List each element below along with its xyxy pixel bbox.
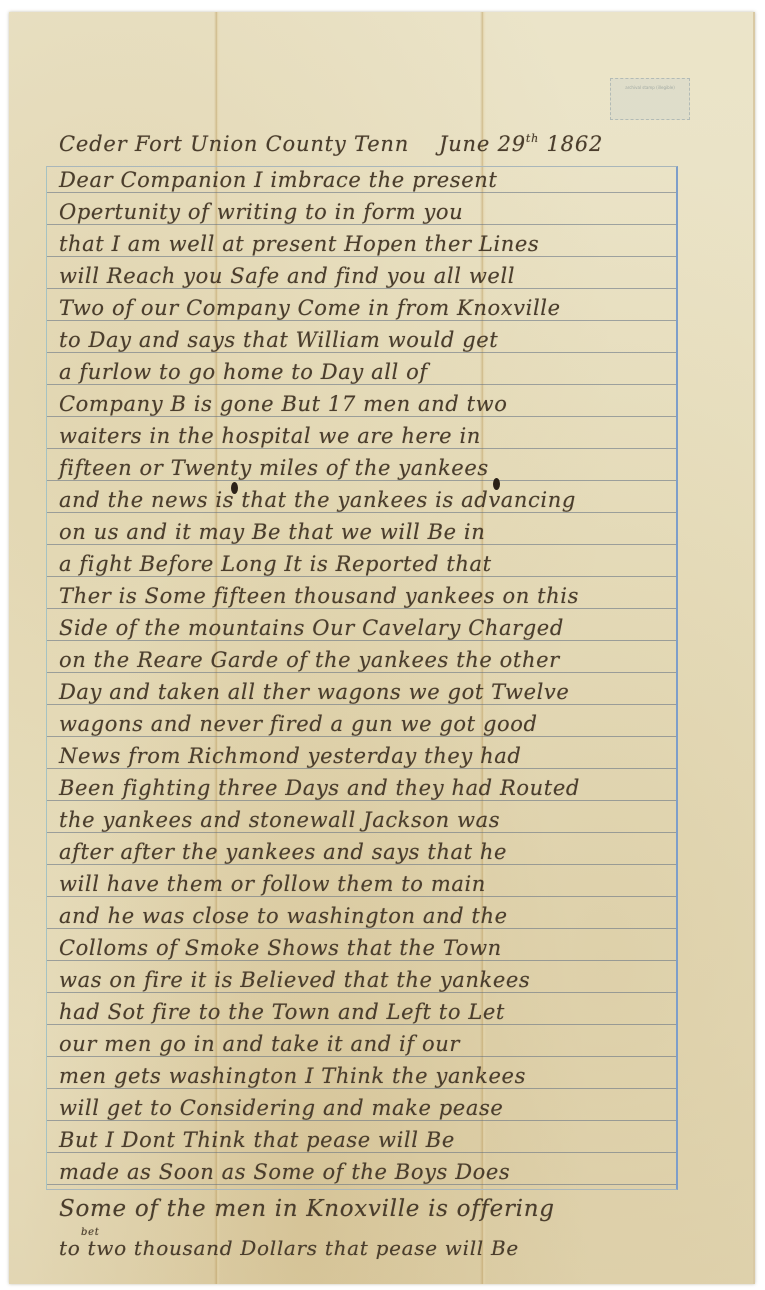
closing-line: Some of the men in Knoxville is offering [59, 1196, 555, 1222]
letter-line: men gets washington I Think the yankees [47, 1064, 526, 1088]
letter-line: Ther is Some fifteen thousand yankees on… [47, 584, 579, 608]
letter-line: and the news is that the yankees is adva… [47, 488, 576, 512]
letter-line: made as Soon as Some of the Boys Does [47, 1160, 510, 1184]
letter-line: that I am well at present Hopen ther Lin… [47, 232, 539, 256]
letter-line: a furlow to go home to Day all of [47, 360, 428, 384]
letter-line: waiters in the hospital we are here in [47, 424, 481, 448]
heading-year: 1862 [547, 132, 604, 156]
letter-line: will get to Considering and make pease [47, 1096, 503, 1120]
letter-line: Colloms of Smoke Shows that the Town [47, 936, 502, 960]
letter-line: will Reach you Safe and find you all wel… [47, 264, 515, 288]
insertion-note: bet [81, 1227, 99, 1238]
letter-line: our men go in and take it and if our [47, 1032, 460, 1056]
letter-line: and he was close to washington and the [47, 904, 508, 928]
letter-line: Dear Companion I imbrace the present [47, 168, 497, 192]
letter-line: will have them or follow them to main [47, 872, 486, 896]
letter-line: Two of our Company Come in from Knoxvill… [47, 296, 561, 320]
letter-line: on us and it may Be that we will Be in [47, 520, 485, 544]
letter-line: on the Reare Garde of the yankees the ot… [47, 648, 560, 672]
letter-line: after after the yankees and says that he [47, 840, 507, 864]
letter-line: a fight Before Long It is Reported that [47, 552, 492, 576]
letter-line: Opertunity of writing to in form you [47, 200, 463, 224]
archival-stamp: archival stamp (illegible) [610, 78, 690, 120]
heading-place: Ceder Fort Union County Tenn [59, 132, 409, 156]
ink-blot [231, 482, 238, 494]
letter-page: archival stamp (illegible) Ceder Fort Un… [9, 12, 755, 1284]
letter-line: had Sot fire to the Town and Left to Let [47, 1000, 505, 1024]
heading-date-suffix: th [526, 132, 539, 145]
letter-line: wagons and never fired a gun we got good [47, 712, 538, 736]
ink-blot [493, 478, 500, 490]
letter-line: News from Richmond yesterday they had [47, 744, 521, 768]
closing-line: bet to two thousand Dollars that pease w… [59, 1236, 519, 1260]
letter-line: was on fire it is Believed that the yank… [47, 968, 530, 992]
letter-line: fifteen or Twenty miles of the yankees [47, 456, 489, 480]
ruled-writing-area: Dear Companion I imbrace the present Ope… [46, 166, 678, 1190]
archival-stamp-text: archival stamp (illegible) [611, 84, 689, 91]
letter-line: the yankees and stonewall Jackson was [47, 808, 500, 832]
letter-line: to Day and says that William would get [47, 328, 498, 352]
heading-date: June 29 [439, 132, 526, 156]
letter-line: Side of the mountains Our Cavelary Charg… [47, 616, 564, 640]
letter-line: But I Dont Think that pease will Be [47, 1128, 455, 1152]
letter-line: Been fighting three Days and they had Ro… [47, 776, 580, 800]
letter-heading: Ceder Fort Union County Tenn June 29th 1… [59, 132, 759, 156]
letter-line: Day and taken all ther wagons we got Twe… [47, 680, 569, 704]
letter-line: Company B is gone But 17 men and two [47, 392, 507, 416]
